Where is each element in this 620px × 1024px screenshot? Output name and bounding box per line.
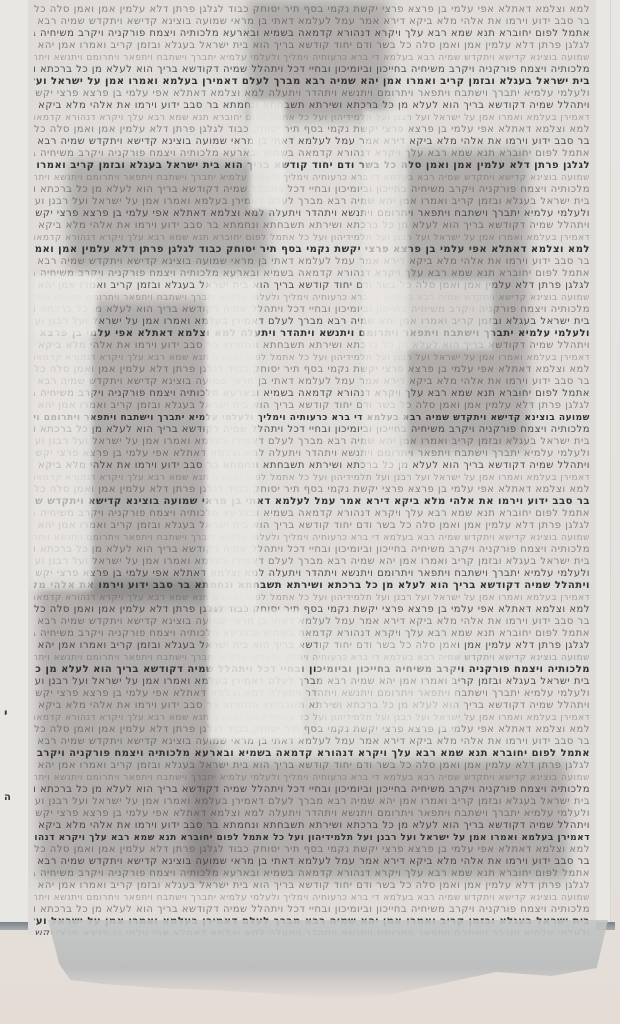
negative-space-letter-bottom-block: [208, 610, 303, 740]
text-line: למא וצלמא דאתלא אפי עלמי בן פרצא פרצי יק…: [34, 124, 590, 136]
textile-artwork: למא וצלמא דאתלא אפי עלמי בן פרצא פרצי יק…: [28, 0, 596, 935]
text-line: מלכותיה ויצמח פורקניה ויקרב משיחיה בחייכ…: [34, 904, 590, 916]
text-line: לגלגן פרתן דלא עלמין אמן ואמן סלה כל בשר…: [34, 880, 590, 892]
dense-ink-patch: [188, 760, 568, 880]
negative-space-letter-right-bar: [363, 280, 493, 350]
text-line: שמועה בוצינא קדישא ויתקדש שמיה רבא בעלמא…: [34, 892, 590, 904]
margin-mark: ה: [4, 792, 11, 803]
dense-ink-patch: [68, 160, 268, 270]
margin-mark: י: [4, 706, 8, 720]
negative-space-letter-left-stem: [32, 330, 92, 590]
negative-space-letter-middle-stem: [206, 280, 258, 610]
text-line: בר סבב ידוע וירמו את אלהי מלא ביקא דירא …: [34, 136, 590, 148]
dense-ink-patch: [88, 300, 208, 600]
negative-space-letter-top-middle: [250, 100, 285, 210]
negative-space-letter-bottom-right: [318, 640, 458, 730]
negative-space-letter-left-bar: [32, 275, 97, 335]
